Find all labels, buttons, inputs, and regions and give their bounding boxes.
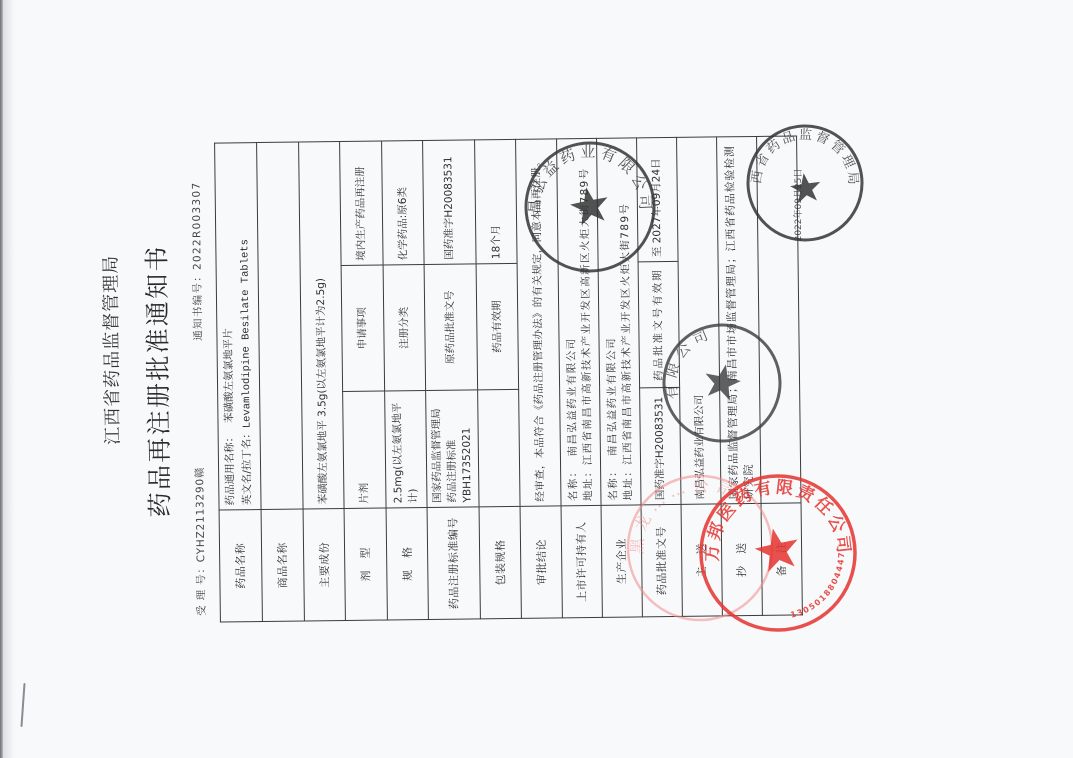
generic-name: 苯磺酸左氨氯地平片 [222, 328, 235, 423]
scanned-document: 江西省药品监督管理局 药品再注册批准通知书 受 理 号：CYHZ2113290赣… [0, 0, 1073, 758]
standard-number-cell: 国家药品监督管理局 药品注册标准 YBH17352021 [426, 390, 479, 508]
row-manufacturer: 生产企业 名称：南昌弘益药业有限公司 地址：江西省南昌市高新技术产业开发区火炬大… [597, 138, 643, 617]
holder-name-label: 名称： [567, 465, 579, 501]
dosage-form-value: 片剂 [343, 391, 386, 509]
dosage-form-label: 剂 型 [344, 508, 387, 621]
approval-validity-value: 至 2027年09月24日 [637, 137, 679, 261]
approval-validity-label: 药品批准文号有效期 [638, 261, 680, 387]
document-title: 药品再注册批准通知书 [137, 244, 176, 517]
manufacturer-name-label: 名称： [607, 465, 619, 501]
trade-name-value [257, 142, 303, 510]
cc-value: 国家药品监督管理局；南昌市市场监督管理局；江西省药品检验检测研究院 [717, 136, 761, 503]
row-ingredients: 主要成份 苯磺酸左氨氯地平 3.5g(以左氨氯地平计为2.5g) [299, 142, 346, 621]
marketing-holder-label: 上市许可持有人 [561, 505, 602, 617]
manufacturer-label: 生产企业 [601, 505, 642, 617]
original-approval-number-value: 国药准字H20083531 [423, 140, 477, 265]
approval-number-label: 药品批准文号 [641, 504, 682, 616]
standard-line: 国家药品监督管理局 [429, 395, 445, 503]
holder-address-label: 地址： [582, 465, 594, 501]
row-packaging: 包装规格 药品有效期 18个月 [475, 139, 522, 618]
row-standard-number: 药品注册标准编号 国家药品监督管理局 药品注册标准 YBH17352021 原药… [423, 140, 481, 620]
primary-recipient-value: 南昌弘益药业有限公司 [677, 137, 721, 504]
standard-number-label: 药品注册标准编号 [427, 507, 480, 620]
packaging-value [478, 389, 520, 506]
ingredients-value: 苯磺酸左氨氯地平 3.5g(以左氨氯地平计为2.5g) [299, 142, 344, 509]
english-name: Levamlodipine Besilate Tablets [239, 239, 253, 428]
primary-recipient-label: 主 送 [681, 504, 722, 616]
original-approval-number-label: 原药品批准文号 [424, 264, 478, 391]
manufacturer-address: 江西省南昌市高新技术产业开发区火炬大街789号 [618, 203, 633, 465]
row-cc: 抄 送 国家药品监督管理局；南昌市市场监督管理局；江西省药品检验检测研究院 [717, 136, 763, 615]
marketing-holder-cell: 名称：南昌弘益药业有限公司 地址：江西省南昌市高新技术产业开发区高新区火炬大街7… [557, 138, 601, 505]
shelf-life-value: 18个月 [475, 139, 518, 264]
row-conclusion: 审批结论 经审查，本品符合《药品注册管理办法》的有关规定，同意本品再注册。 [516, 139, 563, 618]
application-item-value: 境内生产药品再注册 [340, 141, 384, 266]
strength-label: 规 格 [386, 507, 428, 619]
acceptance-number-value: CYHZ2113290赣 [194, 467, 207, 563]
approval-number-value: 国药准字H20083531 [640, 387, 681, 504]
registration-class-value: 化学药品:原6类 [382, 141, 425, 266]
remarks-value [757, 136, 801, 503]
drug-name-cell: 药品通用名称：苯磺酸左氨氯地平片 英文名/拉丁名：Levamlodipine B… [215, 143, 261, 511]
application-item-label: 申请事项 [341, 265, 385, 392]
acceptance-number: 受 理 号：CYHZ2113290赣 [192, 467, 209, 616]
notice-number-value: 2022R003307 [191, 181, 204, 270]
holder-name: 南昌弘益药业有限公司 [565, 337, 578, 456]
approval-table: 药品名称 药品通用名称：苯磺酸左氨氯地平片 英文名/拉丁名：Levamlodip… [214, 135, 803, 622]
trade-name-label: 商品名称 [261, 509, 304, 622]
row-primary-recipient: 主 送 南昌弘益药业有限公司 [677, 137, 723, 616]
holder-address: 江西省南昌市高新技术产业开发区高新区火炬大街789号 [578, 167, 594, 465]
row-strength: 规 格 2.5mg(以左氨氯地平计) 注册分类 化学药品:原6类 [382, 141, 429, 620]
row-remarks: 备 注 [757, 136, 803, 615]
standard-line: 药品注册标准 [444, 395, 460, 503]
cc-label: 抄 送 [721, 503, 762, 615]
drug-name-label: 药品名称 [219, 510, 262, 623]
generic-name-label: 药品通用名称： [224, 432, 237, 506]
packaging-label: 包装规格 [479, 506, 521, 618]
row-dosage-form: 剂 型 片剂 申请事项 境内生产药品再注册 [340, 141, 388, 620]
english-name-line: 英文名/拉丁名：Levamlodipine Besilate Tablets [235, 147, 257, 505]
notice-number-label: 通知书编号： [192, 270, 205, 341]
row-trade-name: 商品名称 [257, 142, 305, 621]
acceptance-number-label: 受 理 号： [195, 562, 208, 616]
row-approval-number: 药品批准文号 国药准字H20083531 药品批准文号有效期 至 2027年09… [637, 137, 683, 616]
conclusion-label: 审批结论 [520, 506, 562, 618]
ingredients-label: 主要成份 [303, 509, 345, 621]
row-drug-name: 药品名称 药品通用名称：苯磺酸左氨氯地平片 英文名/拉丁名：Levamlodip… [215, 143, 263, 622]
remarks-label: 备 注 [761, 503, 802, 615]
registration-class-label: 注册分类 [383, 265, 426, 391]
english-name-label: 英文名/拉丁名： [241, 428, 254, 505]
shelf-life-label: 药品有效期 [476, 263, 519, 389]
manufacturer-name: 南昌弘益药业有限公司 [605, 337, 618, 456]
standard-line: YBH17352021 [459, 394, 475, 502]
document-page: 江西省药品监督管理局 药品再注册批准通知书 受 理 号：CYHZ2113290赣… [0, 0, 1073, 758]
conclusion-value: 经审查，本品符合《药品注册管理办法》的有关规定，同意本品再注册。 [516, 139, 561, 506]
manufacturer-address-label: 地址： [622, 465, 634, 501]
row-marketing-holder: 上市许可持有人 名称：南昌弘益药业有限公司 地址：江西省南昌市高新技术产业开发区… [557, 138, 603, 617]
issuing-agency: 江西省药品监督管理局 [96, 255, 124, 445]
strength-value: 2.5mg(以左氨氯地平计) [385, 391, 427, 508]
notice-number: 通知书编号：2022R003307 [189, 181, 206, 340]
manufacturer-cell: 名称：南昌弘益药业有限公司 地址：江西省南昌市高新技术产业开发区火炬大街789号 [597, 138, 641, 505]
